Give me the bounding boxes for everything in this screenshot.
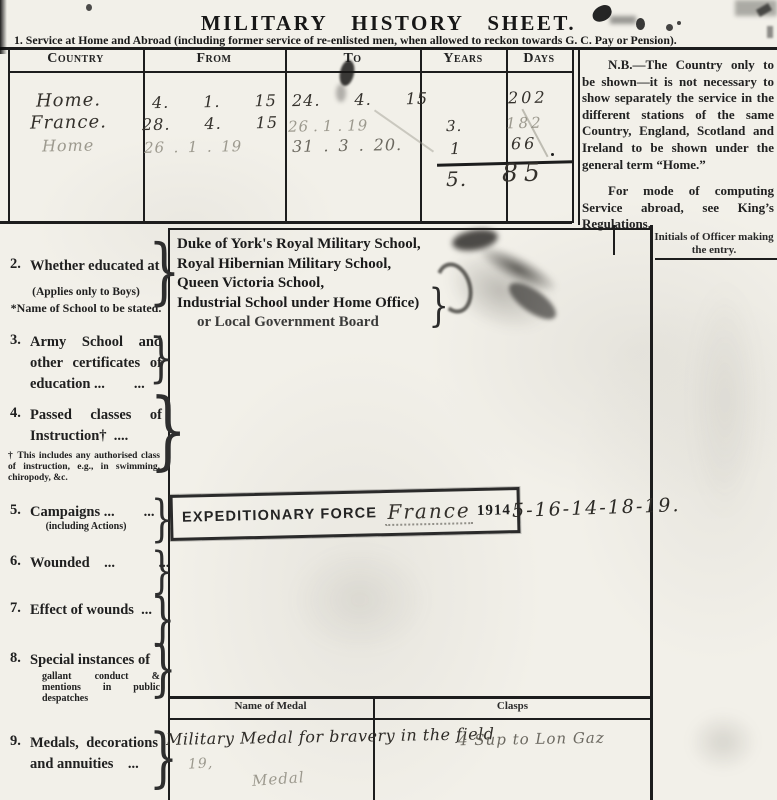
section-7: 7. Effect of wounds ... [8,600,164,621]
initials-column-header: Initials of Officer making the entry. [652,231,776,257]
section1-heading: 1. Service at Home and Abroad (including… [14,33,774,48]
medal-col-header-clasps: Clasps [373,700,652,712]
section-2: 2. Whether educated at (Applies only to … [8,256,164,316]
military-history-sheet: MILITARY HISTORY SHEET. 1. Service at Ho… [0,0,777,800]
section-subnote: *Name of School to be stated. [8,301,164,316]
col-header-from: From [143,51,285,67]
nb-note: N.B.—The Country only to be shown—it is … [582,57,774,243]
entry-years: 1 [450,139,462,158]
section-number: 6. [10,553,21,570]
table-divider-2 [285,48,287,221]
table-header-underline [8,71,572,73]
entry-to: 26 . 1 . 19 [288,116,369,135]
section-9: 9. Medals, decorations and annuities ... [8,733,164,775]
section-label: Whether educated at [8,256,164,277]
ink-stain [504,276,562,326]
col-header-years: Years [420,51,506,67]
medal-faint-note: Medal [251,768,305,790]
section-6: 6. Wounded ... ... [8,553,164,574]
stamp-text: EXPEDITIONARY FORCE [173,505,378,526]
entry-country: Home. [36,89,101,111]
medal-table-header-underline [168,718,652,720]
col-header-to: To [285,51,420,67]
nb-paragraph-2: For mode of computing Service abroad, se… [582,183,774,233]
top-rule [0,47,777,50]
section-label: Wounded ... ... [8,553,164,574]
entry-to: 31 . 3 . 20. [292,135,402,156]
section-subnote: (Applies only to Boys) [8,286,164,298]
total-days: 85 [502,158,546,188]
section-footnote: † This includes any authorised class of … [8,451,160,484]
table-divider-4 [506,48,508,221]
section-8: 8. Special instances of gallant conduct … [8,650,164,704]
section-label: Campaigns ... ... [8,502,164,523]
entry-days: 66 [511,134,538,153]
section-label: Effect of wounds ... [8,600,164,621]
section-3: 3. Army School and other certificates of… [8,332,164,395]
entry-years: 3. [446,117,463,135]
section-label: Army School and other certificates of ed… [8,332,162,395]
section-number: 3. [10,332,21,349]
table-divider-3 [420,48,422,221]
section-number: 2. [10,256,21,273]
medal-table-top-rule [168,696,652,699]
school-list-item: Duke of York's Royal Military School, [177,235,477,255]
entry-from: 28. 4. 15 [142,113,278,134]
medal-col-header-name: Name of Medal [168,700,373,712]
content-box-top [168,228,650,230]
section-label: Passed classes of Instruction† .... [8,405,162,447]
smudge [290,545,430,655]
total-years: 5. [446,167,468,191]
section-4: 4. Passed classes of Instruction† .... †… [8,405,164,484]
entry-country: Home [42,136,95,156]
smudge [690,280,760,520]
entry-from: 26 . 1 . 19 [144,137,243,157]
smudge [688,712,758,772]
entry-to: 24. 4. 15 [292,89,428,110]
brace-section-4: } [149,387,188,472]
table-bottom-rule [0,221,572,224]
stamp-place-handwritten: France [385,498,473,526]
section-label: Special instances of [8,650,164,671]
section-number: 9. [10,733,21,750]
initials-underline [655,258,777,260]
medal-entry-clasps: 4 Sup to Lon Gaz [458,729,605,750]
section-subnote: gallant conduct & mentions in public des… [42,671,160,704]
nb-paragraph-1: N.B.—The Country only to be shown—it is … [582,57,774,173]
section-number: 7. [10,600,21,617]
entry-from: 4. 1. 15 [152,91,277,112]
section-number: 4. [10,405,21,422]
col-header-country: Country [8,51,143,67]
medal-entry-name: Military Medal for bravery in the field [166,724,495,749]
ink-dot [551,153,554,156]
table-divider-1 [143,48,145,221]
section-number: 8. [10,650,21,667]
brace-school-list: } [429,284,449,329]
table-border-right [572,48,574,223]
entry-days: 182 [506,114,544,133]
brace-section-2: } [148,236,181,308]
entry-country: France. [30,111,107,133]
brace-section-3: } [149,331,173,385]
table-border-left [8,48,10,221]
medal-faint-note: 19, [188,755,214,772]
table-border-right-outer [578,48,580,225]
col-header-days: Days [506,51,572,67]
school-list-item: Royal Hibernian Military School, [177,255,477,275]
campaign-years-annotation: 5-16-14-18-19. [512,494,681,522]
expeditionary-force-stamp: EXPEDITIONARY FORCE France 1914 [170,487,521,541]
entry-days: 202 [508,88,548,108]
content-box-notch [613,225,615,255]
brace-section-8: } [149,639,176,699]
section-number: 5. [10,502,21,519]
section-5: 5. Campaigns ... ... (including Actions) [8,502,164,532]
section-label: Medals, decorations and annuities ... [8,733,158,775]
ink-stain [86,4,92,11]
